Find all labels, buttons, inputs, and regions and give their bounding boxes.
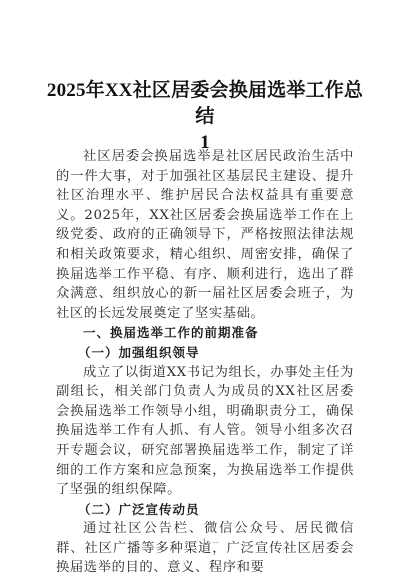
title-line-1: 2025年XX社区居委会换届选举工作总结: [40, 78, 370, 130]
section-heading-1: 一、换届选举工作的前期准备: [56, 323, 354, 343]
page-number: — 1 —: [0, 538, 410, 547]
intro-paragraph: 社区居委会换届选举是社区居民政治生活中的一件大事，对于加强社区基层民主建设、提升…: [56, 147, 354, 323]
document-title: 2025年XX社区居委会换届选举工作总结 1: [40, 78, 370, 156]
subsection-heading-2: （二）广泛宣传动员: [56, 500, 354, 520]
document-body: 社区居委会换届选举是社区居民政治生活中的一件大事，对于加强社区基层民主建设、提升…: [56, 147, 354, 578]
document-page: 2025年XX社区居委会换届选举工作总结 1 社区居委会换届选举是社区居民政治生…: [0, 0, 410, 580]
subsection-1-paragraph: 成立了以街道XX书记为组长，办事处主任为副组长，相关部门负责人为成员的XX社区居…: [56, 363, 354, 500]
subsection-heading-1: （一）加强组织领导: [56, 343, 354, 363]
subsection-2-paragraph: 通过社区公告栏、微信公众号、居民微信群、社区广播等多种渠道，广泛宣传社区居委会换…: [56, 519, 354, 578]
